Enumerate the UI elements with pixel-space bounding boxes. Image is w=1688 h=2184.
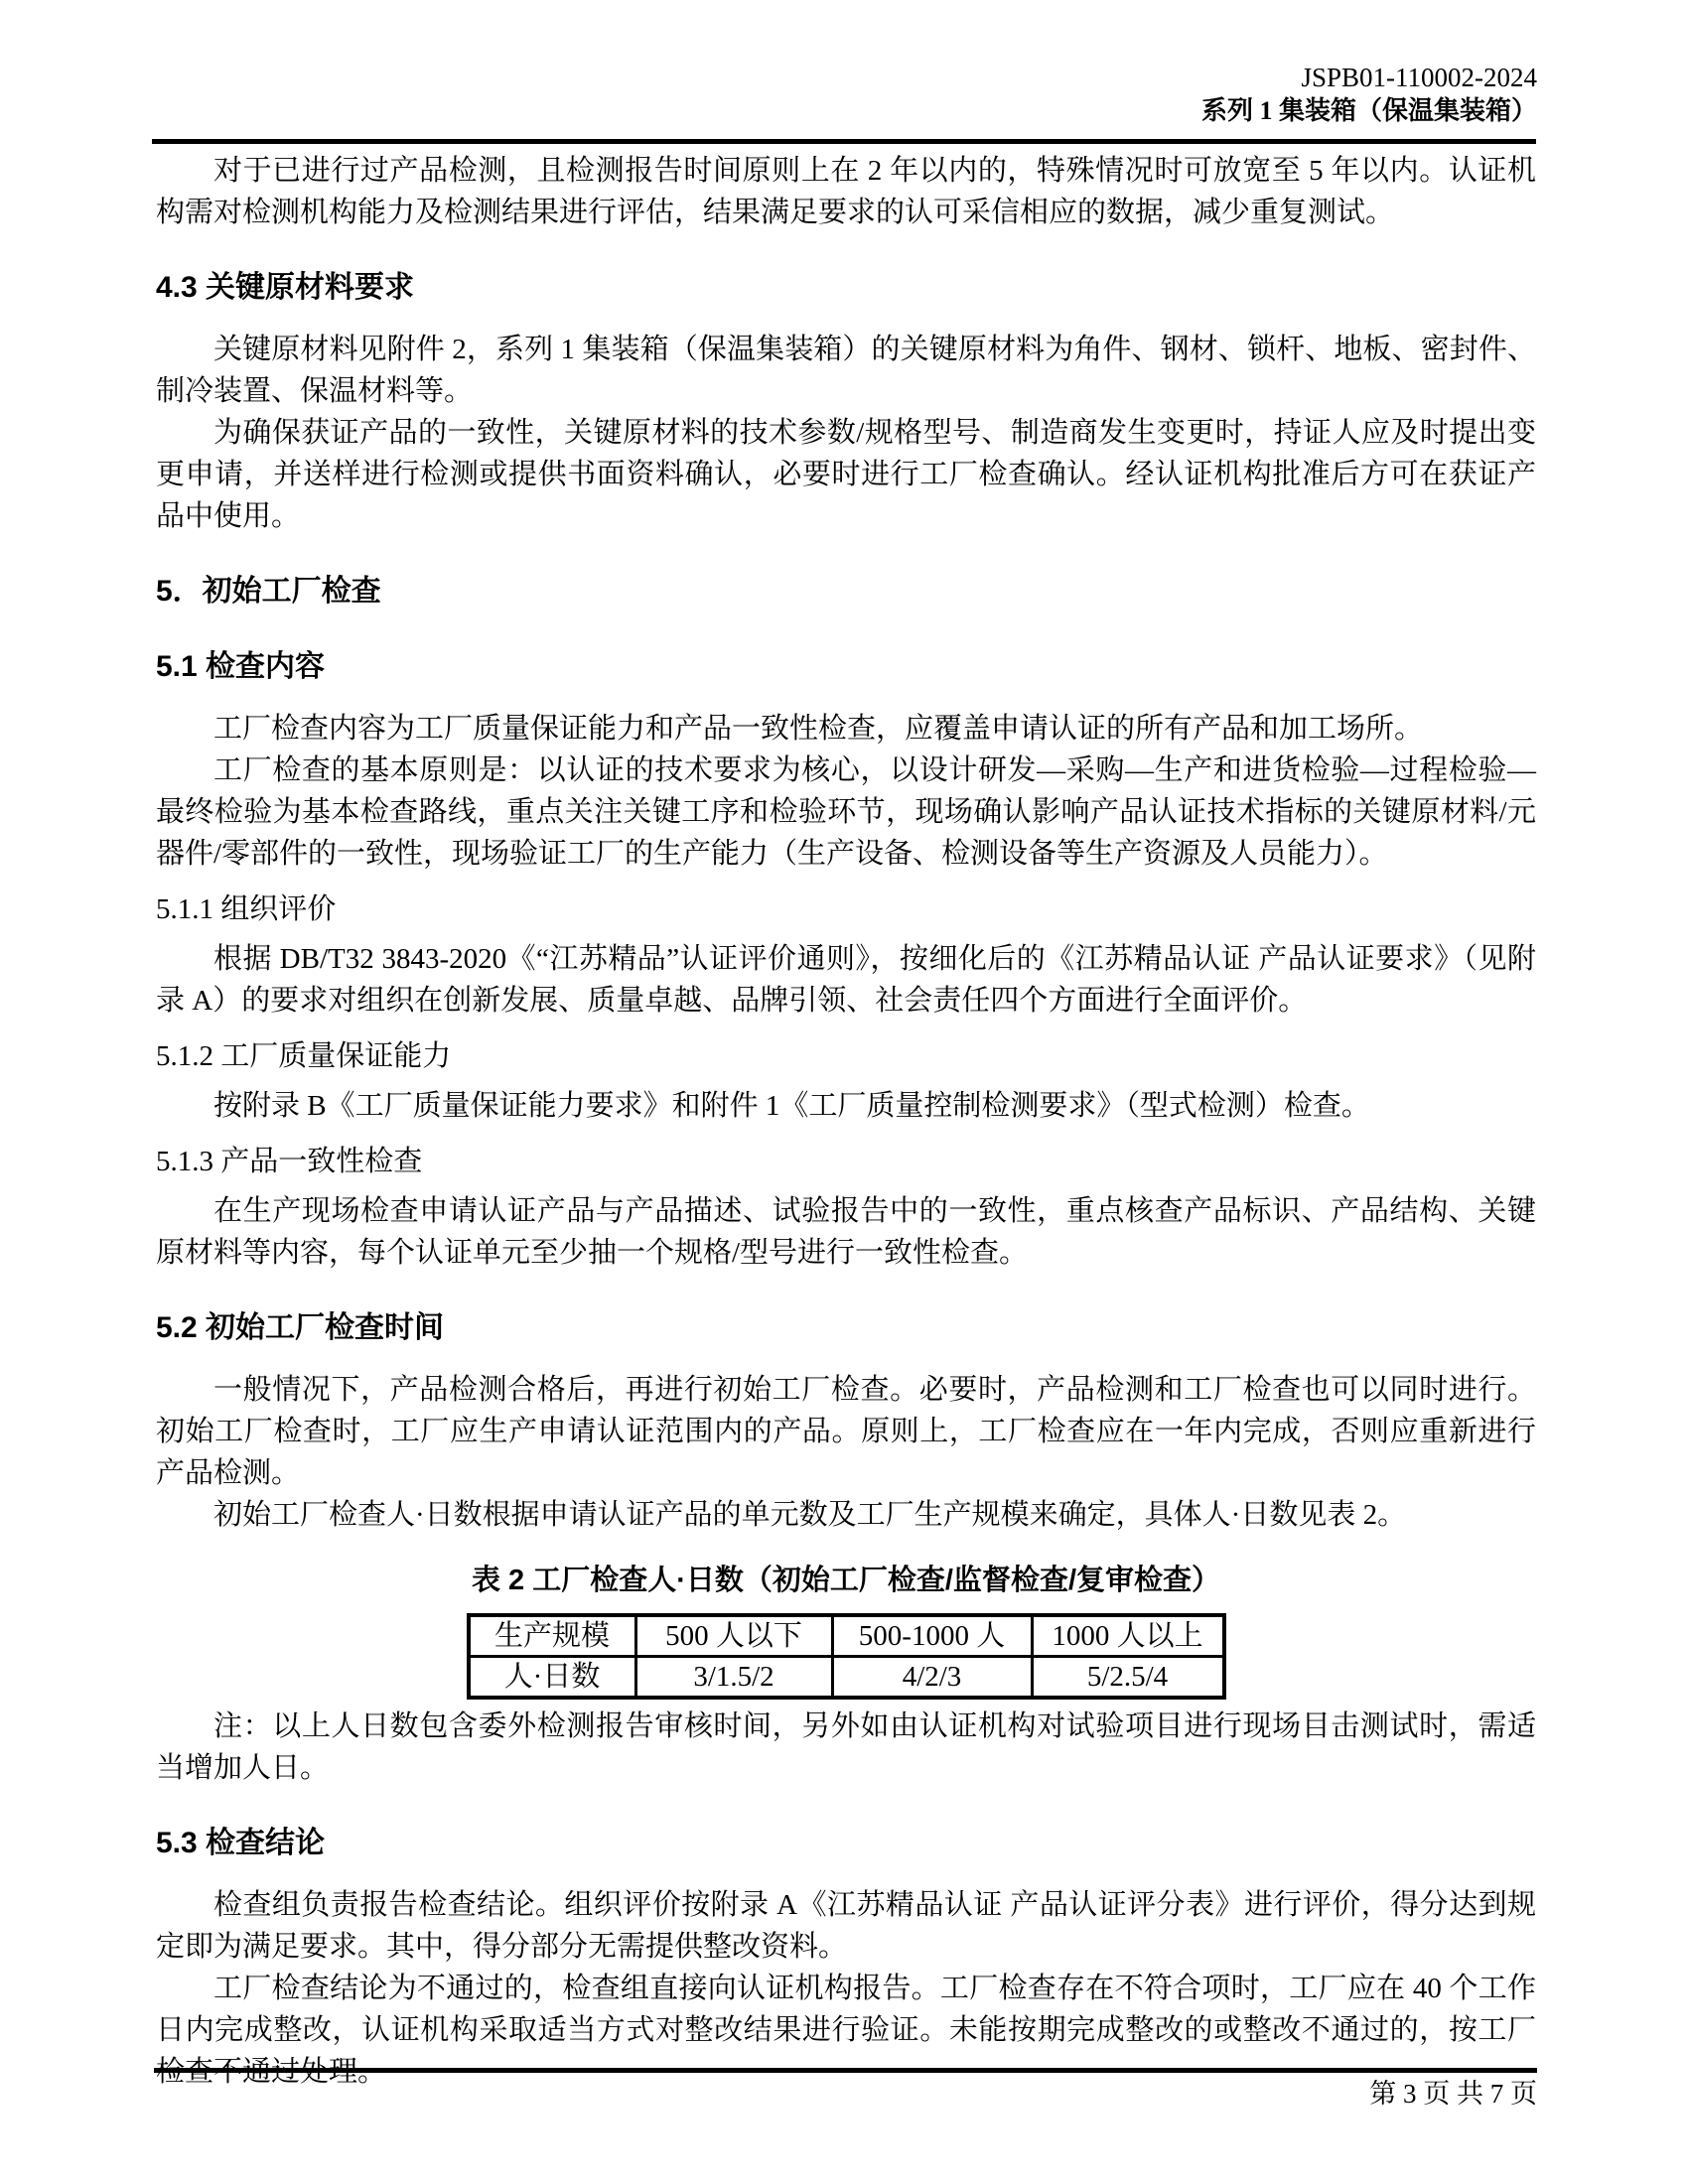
table-2-title: 表 2 工厂检查人·日数（初始工厂检查/监督检查/复审检查） — [156, 1560, 1536, 1601]
table-header-row: 生产规模 500 人以下 500-1000 人 1000 人以上 — [469, 1615, 1224, 1657]
paragraph-key-materials: 关键原材料见附件 2，系列 1 集装箱（保温集装箱）的关键原材料为角件、钢材、锁… — [156, 329, 1536, 412]
document-series-title: 系列 1 集装箱（保温集装箱） — [1201, 95, 1537, 127]
section-heading-5-3: 5.3 检查结论 — [156, 1823, 1536, 1864]
paragraph-inspection-principle: 工厂检查的基本原则是：以认证的技术要求为核心，以设计研发—采购—生产和进货检验—… — [156, 750, 1536, 875]
paragraph-man-days: 初始工厂检查人·日数根据申请认证产品的单元数及工厂生产规模来确定，具体人·日数见… — [156, 1494, 1536, 1536]
paragraph-conclusion: 检查组负责报告检查结论。组织评价按附录 A《江苏精品认证 产品认证评分表》进行评… — [156, 1884, 1536, 1968]
paragraph-table-note: 注：以上人日数包含委外检测报告审核时间，另外如由认证机构对试验项目进行现场目击测… — [156, 1706, 1536, 1789]
header-rule — [152, 139, 1536, 144]
footer-rule — [154, 2068, 1537, 2073]
paragraph-quality-assurance: 按附录 B《工厂质量保证能力要求》和附件 1《工厂质量控制检测要求》（型式检测）… — [156, 1085, 1536, 1127]
document-body: 对于已进行过产品检测，且检测报告时间原则上在 2 年以内的，特殊情况时可放宽至 … — [156, 150, 1536, 2093]
section-heading-5-1-2: 5.1.2 工厂质量保证能力 — [156, 1035, 1536, 1077]
table-data-row: 人·日数 3/1.5/2 4/2/3 5/2.5/4 — [469, 1657, 1224, 1699]
section-heading-4-3: 4.3 关键原材料要求 — [156, 267, 1536, 309]
page-number: 第 3 页 共 7 页 — [1369, 2077, 1537, 2111]
table-cell-scale-label: 生产规模 — [469, 1615, 636, 1657]
paragraph-retest-policy: 对于已进行过产品检测，且检测报告时间原则上在 2 年以内的，特殊情况时可放宽至 … — [156, 150, 1536, 233]
paragraph-fail-handling: 工厂检查结论为不通过的，检查组直接向认证机构报告。工厂检查存在不符合项时，工厂应… — [156, 1968, 1536, 2093]
section-heading-5-1-1: 5.1.1 组织评价 — [156, 888, 1536, 930]
section-heading-5-2: 5.2 初始工厂检查时间 — [156, 1307, 1536, 1349]
table-cell-mandays-under-500: 3/1.5/2 — [635, 1657, 832, 1699]
section-heading-5-1: 5.1 检查内容 — [156, 646, 1536, 688]
paragraph-materials-change: 为确保获证产品的一致性，关键原材料的技术参数/规格型号、制造商发生变更时，持证人… — [156, 412, 1536, 537]
paragraph-inspection-scope: 工厂检查内容为工厂质量保证能力和产品一致性检查，应覆盖申请认证的所有产品和加工场… — [156, 708, 1536, 750]
page-header: JSPB01-110002-2024 系列 1 集装箱（保温集装箱） — [1201, 62, 1537, 127]
paragraph-inspection-time: 一般情况下，产品检测合格后，再进行初始工厂检查。必要时，产品检测和工厂检查也可以… — [156, 1369, 1536, 1494]
paragraph-product-consistency: 在生产现场检查申请认证产品与产品描述、试验报告中的一致性，重点核查产品标识、产品… — [156, 1190, 1536, 1274]
table-2-man-days: 生产规模 500 人以下 500-1000 人 1000 人以上 人·日数 3/… — [467, 1613, 1226, 1700]
section-heading-5: 5．初始工厂检查 — [156, 571, 1536, 613]
table-cell-mandays-500-1000: 4/2/3 — [832, 1657, 1032, 1699]
section-heading-5-1-3: 5.1.3 产品一致性检查 — [156, 1141, 1536, 1182]
table-cell-mandays-over-1000: 5/2.5/4 — [1032, 1657, 1224, 1699]
paragraph-org-evaluation: 根据 DB/T32 3843-2020《“江苏精品”认证评价通则》，按细化后的《… — [156, 938, 1536, 1022]
table-cell-mandays-label: 人·日数 — [469, 1657, 636, 1699]
table-cell-over-1000: 1000 人以上 — [1032, 1615, 1224, 1657]
table-cell-500-1000: 500-1000 人 — [832, 1615, 1032, 1657]
document-code: JSPB01-110002-2024 — [1201, 62, 1537, 93]
document-page: JSPB01-110002-2024 系列 1 集装箱（保温集装箱） 对于已进行… — [0, 0, 1688, 2184]
table-cell-under-500: 500 人以下 — [635, 1615, 832, 1657]
